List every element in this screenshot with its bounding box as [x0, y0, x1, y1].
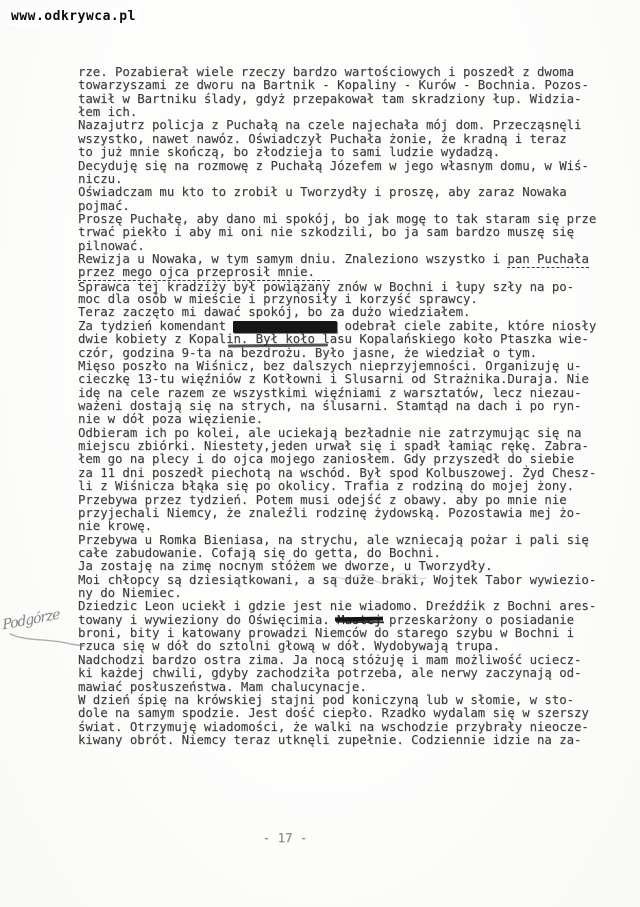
pencil-stroke	[8, 628, 88, 648]
text-segment: Decyduję się na rozmowę z Puchałą Józefe…	[78, 159, 589, 173]
text-segment: łem go na plecy i do ojca mojego zaniosł…	[78, 452, 574, 466]
text-segment: Przebywa u Romka Bieniasa, na strychu, a…	[78, 533, 589, 547]
text-line: W dzień śpię na krówskiej stajni pod kon…	[78, 694, 630, 707]
text-segment: ważeni dostają się na strych, na ślusarn…	[78, 399, 581, 413]
text-line: przyjechali Niemcy, że znaleźli rodzinę …	[78, 507, 630, 520]
text-line: broni, bity i katowany prowadzi Niemców …	[78, 627, 630, 640]
text-segment: odebrał ciele zabite, które niosły	[337, 319, 596, 333]
text-segment: trwać piekło i aby mi oni nie szkodzili,…	[78, 225, 574, 239]
text-segment: przez mego ojca przeprosił mnie.	[78, 265, 315, 281]
text-segment: broni, bity i katowany prowadzi Niemców …	[78, 626, 574, 640]
text-line: cieczkę 13-tu więźniów z Kotłowni i Slus…	[78, 373, 630, 386]
text-segment: Mięso poszło na Wiśnicz, bez dalszych ni…	[78, 359, 581, 373]
text-segment: całe zabudowanie. Cofają się do getta, d…	[78, 546, 441, 560]
text-segment: li z Wiśnicza błąka się po okolicy. Traf…	[78, 479, 574, 493]
text-line: wszystko, nawet nawóz. Oświadczył Puchał…	[78, 133, 630, 146]
text-segment: nie w dół poza więzienie.	[78, 412, 263, 426]
redaction-bar	[233, 321, 337, 333]
text-segment: ny do Niemiec.	[78, 586, 182, 600]
text-segment: Teraz zaczęto mi dawać spokój, bo za duż…	[78, 305, 470, 319]
text-segment: tawił w Bartniku ślady, gdyż przepakował…	[78, 92, 581, 106]
text-line: dwie kobiety z Kopalin. Był koło lasu Ko…	[78, 333, 630, 346]
text-segment: Nazajutrz policja z Puchałą na czele naj…	[78, 118, 581, 132]
text-segment: nie krowę.	[78, 519, 152, 533]
text-line: całe zabudowanie. Cofają się do getta, d…	[78, 547, 630, 560]
text-segment: to już mnie skończą, bo złodzieja to sam…	[78, 145, 500, 159]
text-segment: towarzyszami ze dworu na Bartnik - Kopal…	[78, 78, 589, 92]
text-segment: towany i wywieziony do Oświęcimia.	[78, 613, 337, 627]
scanned-page: www.odkrywca.pl rze. Pozabierał wiele rz…	[0, 0, 640, 907]
text-line: świat. Otrzymuję wiadomości, że walki na…	[78, 721, 630, 734]
text-segment: łem ich.	[78, 105, 137, 119]
text-line: rze. Pozabierał wiele rzeczy bardzo wart…	[78, 66, 630, 79]
text-segment: dwie kobiety z Kopalin. Był koło lasu Ko…	[78, 332, 589, 346]
text-line: towarzyszami ze dworu na Bartnik - Kopal…	[78, 79, 630, 92]
text-segment: cieczkę 13-tu więźniów z Kotłowni i Slus…	[78, 372, 589, 386]
text-segment: świat. Otrzymuję wiadomości, że walki na…	[78, 720, 589, 734]
text-segment: Proszę Puchałę, aby dano mi spokój, bo j…	[78, 212, 596, 226]
text-line: przez mego ojca przeprosił mnie.	[78, 266, 630, 279]
text-line: Rewizja u Nowaka, w tym samym dniu. Znal…	[78, 253, 630, 266]
typewritten-text: rze. Pozabierał wiele rzeczy bardzo wart…	[78, 66, 630, 747]
text-line: ki każdej chwili, gdyby zachodziła potrz…	[78, 667, 630, 680]
text-line: dole na samym spodzie. Jest dość ciepło.…	[78, 707, 630, 720]
text-line: czór, godzina 9-ta na bezdrożu. Było jas…	[78, 347, 630, 360]
text-line: Dziedzic Leon uciekł i gdzie jest nie wi…	[78, 600, 630, 613]
text-segment: pojmać.	[78, 199, 130, 213]
text-segment: W dzień śpię na krówskiej stajni pod kon…	[78, 693, 574, 707]
text-segment: Ja zostaję na zimę nocnym stóżem we dwor…	[78, 559, 493, 573]
text-line: Teraz zaczęto mi dawać spokój, bo za duż…	[78, 306, 630, 319]
text-line: pilnować.	[78, 240, 630, 253]
text-line: Przebywa przez tydzień. Potem musi odejś…	[78, 494, 630, 507]
text-segment: Rewizja u Nowaka, w tym samym dniu. Znal…	[78, 252, 507, 266]
text-line: Sprawca tej kradziży był powiązany znów …	[78, 280, 630, 293]
text-line: łem go na plecy i do ojca mojego zaniosł…	[78, 453, 630, 466]
text-line: ny do Niemiec.	[78, 587, 630, 600]
text-segment: moc dla osób w mieście i przynosiły i ko…	[78, 292, 478, 306]
text-segment: niczu.	[78, 172, 122, 186]
text-segment: mawiać posłuszeństwa. Mam chalucynacje.	[78, 680, 367, 694]
text-segment: przyjechali Niemcy, że znaleźli rodzinę …	[78, 506, 581, 520]
text-segment: pilnować.	[78, 239, 145, 253]
text-segment: ki każdej chwili, gdyby zachodziła potrz…	[78, 666, 581, 680]
text-segment: Odbieram ich po kolei, ale uciekają bezł…	[78, 426, 581, 440]
text-line: nie w dół poza więzienie.	[78, 413, 630, 426]
text-segment: miejscu zbiórki. Niestety,jeden urwał si…	[78, 439, 589, 453]
text-line: ważeni dostają się na strych, na ślusarn…	[78, 400, 630, 413]
watermark-url: www.odkrywca.pl	[8, 8, 139, 25]
text-segment: Przebywa przez tydzień. Potem musi odejś…	[78, 493, 567, 507]
text-segment: wszystko, nawet nawóz. Oświadczył Puchał…	[78, 132, 567, 146]
text-line: to już mnie skończą, bo złodzieja to sam…	[78, 146, 630, 159]
text-segment: kiwany obrót. Niemcy teraz utknęli zupeł…	[78, 733, 581, 747]
text-segment: Nadchodzi bardzo ostra zima. Ja nocą stó…	[78, 653, 581, 667]
text-segment: za 11 dni poszedł piechotą na wschód. By…	[78, 466, 596, 480]
text-segment: dole na samym spodzie. Jest dość ciepło.…	[78, 706, 589, 720]
text-segment: rze. Pozabierał wiele rzeczy bardzo wart…	[78, 65, 574, 79]
text-segment: Za tydzień komendant	[78, 319, 233, 333]
text-line: Proszę Puchałę, aby dano mi spokój, bo j…	[78, 213, 630, 226]
text-line: łem ich.	[78, 106, 630, 119]
text-line: mawiać posłuszeństwa. Mam chalucynacje.	[78, 681, 630, 694]
text-line: trwać piekło i aby mi oni nie szkodzili,…	[78, 226, 630, 239]
text-line: kiwany obrót. Niemcy teraz utknęli zupeł…	[78, 734, 630, 747]
text-line: Za tydzień komendant odebrał ciele zabit…	[78, 320, 630, 333]
text-segment: Mastej	[337, 613, 381, 627]
text-segment: Oświadczam mu kto to zrobił u Tworzydły …	[78, 185, 567, 199]
text-line: Odbieram ich po kolei, ale uciekają bezł…	[78, 427, 630, 440]
text-segment: rzuca się w dół do sztolni głową w dół. …	[78, 639, 500, 653]
text-segment: pan Puchała	[507, 252, 588, 268]
text-segment: Dziedzic Leon uciekł i gdzie jest nie wi…	[78, 599, 596, 613]
text-line: Decyduję się na rozmowę z Puchałą Józefe…	[78, 160, 630, 173]
text-line: niczu.	[78, 173, 630, 186]
text-segment: przeskarżony o posiadanie	[382, 613, 575, 627]
text-line: Nadchodzi bardzo ostra zima. Ja nocą stó…	[78, 654, 630, 667]
text-segment: czór, godzina 9-ta na bezdrożu. Było jas…	[78, 346, 537, 360]
text-line: pojmać.	[78, 200, 630, 213]
text-line: za 11 dni poszedł piechotą na wschód. By…	[78, 467, 630, 480]
text-line: idę na cele razem ze wszystkimi więźniam…	[78, 387, 630, 400]
text-line: towany i wywieziony do Oświęcimia. Maste…	[78, 614, 630, 627]
text-line: Oświadczam mu kto to zrobił u Tworzydły …	[78, 186, 630, 199]
text-line: Przebywa u Romka Bieniasa, na strychu, a…	[78, 534, 630, 547]
text-line: moc dla osób w mieście i przynosiły i ko…	[78, 293, 630, 306]
text-line: li z Wiśnicza błąka się po okolicy. Traf…	[78, 480, 630, 493]
text-line: nie krowę.	[78, 520, 630, 533]
text-line: Mięso poszło na Wiśnicz, bez dalszych ni…	[78, 360, 630, 373]
text-line: miejscu zbiórki. Niestety,jeden urwał si…	[78, 440, 630, 453]
page-number: - 17 -	[240, 832, 330, 845]
text-line: tawił w Bartniku ślady, gdyż przepakował…	[78, 93, 630, 106]
text-line: Nazajutrz policja z Puchałą na czele naj…	[78, 119, 630, 132]
text-line: rzuca się w dół do sztolni głową w dół. …	[78, 640, 630, 653]
faint-pencil-annotation	[330, 570, 430, 586]
text-segment: idę na cele razem ze wszystkimi więźniam…	[78, 386, 581, 400]
